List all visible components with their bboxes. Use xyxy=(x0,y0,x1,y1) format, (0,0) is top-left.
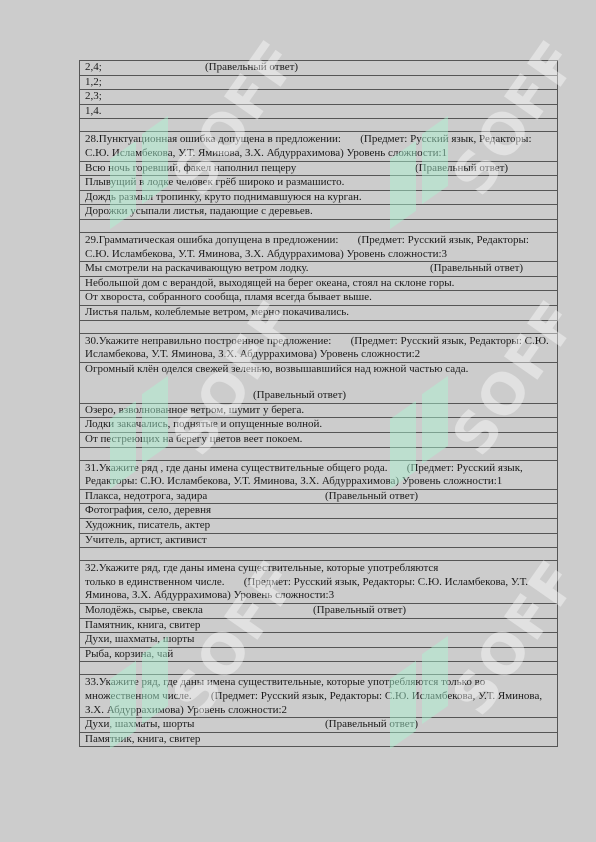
answer-text: Небольшой дом с верандой, выходящей на б… xyxy=(85,277,454,291)
answer-cell: Мы смотрели на раскачивающую ветром лодк… xyxy=(80,262,558,277)
question-text: 30.Укажите неправильно построенное предл… xyxy=(80,333,558,362)
answer-text: Молодёжь, сырье, свекла xyxy=(85,604,313,618)
answer-text: Духи, шахматы, шорты xyxy=(85,633,194,647)
answer-row: Мы смотрели на раскачивающую ветром лодк… xyxy=(80,262,558,277)
question-text: 33.Укажите ряд, где даны имена существит… xyxy=(80,675,558,718)
answer-cell: 2,3; xyxy=(80,90,558,105)
answer-row: Озеро, взволнованное ветром, шумит у бер… xyxy=(80,403,558,418)
answer-cell: 2,4;(Правельный ответ) xyxy=(80,61,558,76)
answer-row: Духи, шахматы, шорты xyxy=(80,633,558,648)
answer-text: Всю ночь горевший, факел наполнил пещеру xyxy=(85,162,415,176)
answer-row: Всю ночь горевший, факел наполнил пещеру… xyxy=(80,161,558,176)
answer-cell: Всю ночь горевший, факел наполнил пещеру… xyxy=(80,161,558,176)
answer-text: Памятник, книга, свитер xyxy=(85,619,200,633)
answer-text: Дождь размыл тропинку, круто поднимавшую… xyxy=(85,191,362,205)
answer-text: Озеро, взволнованное ветром, шумит у бер… xyxy=(85,404,304,418)
answer-row: Памятник, книга, свитер xyxy=(80,618,558,633)
answer-row: Молодёжь, сырье, свекла(Правельный ответ… xyxy=(80,604,558,619)
answer-text: Огромный клён оделся свежей зеленью, воз… xyxy=(85,363,468,377)
spacer-cell xyxy=(80,320,558,333)
answer-row: 1,2; xyxy=(80,75,558,90)
answer-row: 1,4. xyxy=(80,104,558,119)
spacer-row xyxy=(80,447,558,460)
answer-cell: Озеро, взволнованное ветром, шумит у бер… xyxy=(80,403,558,418)
answer-row: Памятник, книга, свитер xyxy=(80,732,558,747)
answer-text: 2,3; xyxy=(85,90,102,104)
answer-cell: Фотография, село, деревня xyxy=(80,504,558,519)
answer-cell: Учитель, артист, активист xyxy=(80,533,558,548)
answer-cell: Дождь размыл тропинку, круто поднимавшую… xyxy=(80,190,558,205)
answer-row: Плакса, недотрога, задира(Правельный отв… xyxy=(80,489,558,504)
correct-answer-label: (Правельный ответ) xyxy=(85,389,552,403)
correct-answer-label: (Правельный ответ) xyxy=(325,490,418,504)
spacer-cell xyxy=(80,662,558,675)
spacer-row xyxy=(80,548,558,561)
answer-row: Огромный клён оделся свежей зеленью, воз… xyxy=(80,362,558,403)
correct-answer-label: (Правельный ответ) xyxy=(430,262,523,276)
question-row-29: 29.Грамматическая ошибка допущена в пред… xyxy=(80,232,558,261)
answer-row: Небольшой дом с верандой, выходящей на б… xyxy=(80,276,558,291)
answer-text: Дорожки усыпали листья, падающие с дерев… xyxy=(85,205,313,219)
question-row-33: 33.Укажите ряд, где даны имена существит… xyxy=(80,675,558,718)
spacer-cell xyxy=(80,548,558,561)
question-text: 28.Пунктуационная ошибка допущена в пред… xyxy=(80,132,558,161)
spacer-cell xyxy=(80,119,558,132)
answer-text: 1,4. xyxy=(85,105,102,119)
answer-cell: Листья пальм, колеблемые ветром, мерно п… xyxy=(80,305,558,320)
questions-table-body: 2,4;(Правельный ответ)1,2;2,3;1,4.28.Пун… xyxy=(80,61,558,747)
answer-cell: От пестреющих на берегу цветов веет поко… xyxy=(80,433,558,448)
answer-text: 2,4; xyxy=(85,61,205,75)
answer-text: Лодки закачались, поднятые и опущенные в… xyxy=(85,418,322,432)
answer-row: Лодки закачались, поднятые и опущенные в… xyxy=(80,418,558,433)
answer-text: Учитель, артист, активист xyxy=(85,534,207,548)
answer-row: Дорожки усыпали листья, падающие с дерев… xyxy=(80,205,558,220)
document-page: 2,4;(Правельный ответ)1,2;2,3;1,4.28.Пун… xyxy=(0,0,596,842)
answer-text: Духи, шахматы, шорты xyxy=(85,718,325,732)
answer-row: От пестреющих на берегу цветов веет поко… xyxy=(80,433,558,448)
answer-row: 2,3; xyxy=(80,90,558,105)
question-text: 29.Грамматическая ошибка допущена в пред… xyxy=(80,232,558,261)
answer-row: Плывущий в лодке человек грёб широко и р… xyxy=(80,176,558,191)
question-row-28: 28.Пунктуационная ошибка допущена в пред… xyxy=(80,132,558,161)
questions-table: 2,4;(Правельный ответ)1,2;2,3;1,4.28.Пун… xyxy=(79,60,558,747)
answer-text: 1,2; xyxy=(85,76,102,90)
question-text: 31.Укажите ряд , где даны имена существи… xyxy=(80,460,558,489)
answer-text: Рыба, корзина, чай xyxy=(85,648,173,662)
answer-row: Рыба, корзина, чай xyxy=(80,647,558,662)
answer-cell: Дорожки усыпали листья, падающие с дерев… xyxy=(80,205,558,220)
answer-row: Духи, шахматы, шорты(Правельный ответ) xyxy=(80,718,558,733)
answer-cell: 1,4. xyxy=(80,104,558,119)
question-text: 32.Укажите ряд, где даны имена существит… xyxy=(80,561,558,604)
answer-text: Листья пальм, колеблемые ветром, мерно п… xyxy=(85,306,349,320)
correct-answer-label: (Правельный ответ) xyxy=(313,604,406,618)
answer-row: Листья пальм, колеблемые ветром, мерно п… xyxy=(80,305,558,320)
spacer-row xyxy=(80,219,558,232)
answer-cell: Небольшой дом с верандой, выходящей на б… xyxy=(80,276,558,291)
answer-cell: Плакса, недотрога, задира(Правельный отв… xyxy=(80,489,558,504)
answer-text: Плакса, недотрога, задира xyxy=(85,490,325,504)
spacer-cell xyxy=(80,447,558,460)
answer-text: От пестреющих на берегу цветов веет поко… xyxy=(85,433,302,447)
spacer-row xyxy=(80,119,558,132)
answer-row: Фотография, село, деревня xyxy=(80,504,558,519)
answer-row: Художник, писатель, актер xyxy=(80,519,558,534)
answer-cell: 1,2; xyxy=(80,75,558,90)
answer-cell: Плывущий в лодке человек грёб широко и р… xyxy=(80,176,558,191)
answer-text: Плывущий в лодке человек грёб широко и р… xyxy=(85,176,344,190)
answer-cell: Лодки закачались, поднятые и опущенные в… xyxy=(80,418,558,433)
answer-row: 2,4;(Правельный ответ) xyxy=(80,61,558,76)
question-row-30: 30.Укажите неправильно построенное предл… xyxy=(80,333,558,362)
answer-cell: От хвороста, собранного сообща, пламя вс… xyxy=(80,291,558,306)
spacer-row xyxy=(80,662,558,675)
answer-cell: Духи, шахматы, шорты(Правельный ответ) xyxy=(80,718,558,733)
answer-cell: Памятник, книга, свитер xyxy=(80,732,558,747)
correct-answer-label: (Правельный ответ) xyxy=(205,61,298,75)
answer-cell: Духи, шахматы, шорты xyxy=(80,633,558,648)
question-row-31: 31.Укажите ряд , где даны имена существи… xyxy=(80,460,558,489)
answer-row: От хвороста, собранного сообща, пламя вс… xyxy=(80,291,558,306)
answer-row: Дождь размыл тропинку, круто поднимавшую… xyxy=(80,190,558,205)
question-row-32: 32.Укажите ряд, где даны имена существит… xyxy=(80,561,558,604)
answer-cell: Огромный клён оделся свежей зеленью, воз… xyxy=(80,362,558,403)
answer-cell: Художник, писатель, актер xyxy=(80,519,558,534)
answer-text: Мы смотрели на раскачивающую ветром лодк… xyxy=(85,262,430,276)
correct-answer-label: (Правельный ответ) xyxy=(415,162,508,176)
spacer-row xyxy=(80,320,558,333)
answer-text: Памятник, книга, свитер xyxy=(85,733,200,747)
answer-cell: Молодёжь, сырье, свекла(Правельный ответ… xyxy=(80,604,558,619)
spacer-cell xyxy=(80,219,558,232)
answer-text: От хвороста, собранного сообща, пламя вс… xyxy=(85,291,372,305)
answer-cell: Рыба, корзина, чай xyxy=(80,647,558,662)
answer-row: Учитель, артист, активист xyxy=(80,533,558,548)
answer-text: Художник, писатель, актер xyxy=(85,519,210,533)
answer-text: Фотография, село, деревня xyxy=(85,504,211,518)
answer-cell: Памятник, книга, свитер xyxy=(80,618,558,633)
correct-answer-label: (Правельный ответ) xyxy=(325,718,418,732)
